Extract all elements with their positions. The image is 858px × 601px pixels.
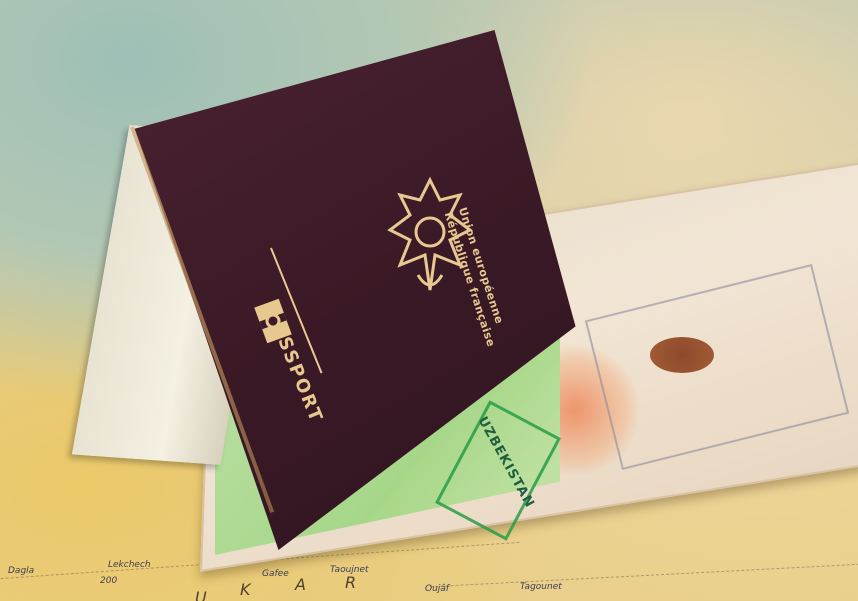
map-region-letter: K <box>240 580 281 599</box>
map-label: 200 <box>100 576 117 586</box>
map-label: Gafee <box>262 569 289 579</box>
map-region-letter: R <box>345 573 386 592</box>
map-region-letter: A <box>295 575 336 594</box>
map-road <box>430 564 858 588</box>
map-label: Tagounet <box>520 582 562 592</box>
round-stamp <box>650 337 714 373</box>
photo-scene: Lekchech Dagla 200 Gafee Taoujnet Oujâf … <box>0 0 858 601</box>
map-label: Dagla <box>8 566 34 576</box>
map-region-letter: U <box>195 588 237 601</box>
map-label: Lekchech <box>108 560 151 570</box>
map-label: Oujâf <box>425 584 449 594</box>
